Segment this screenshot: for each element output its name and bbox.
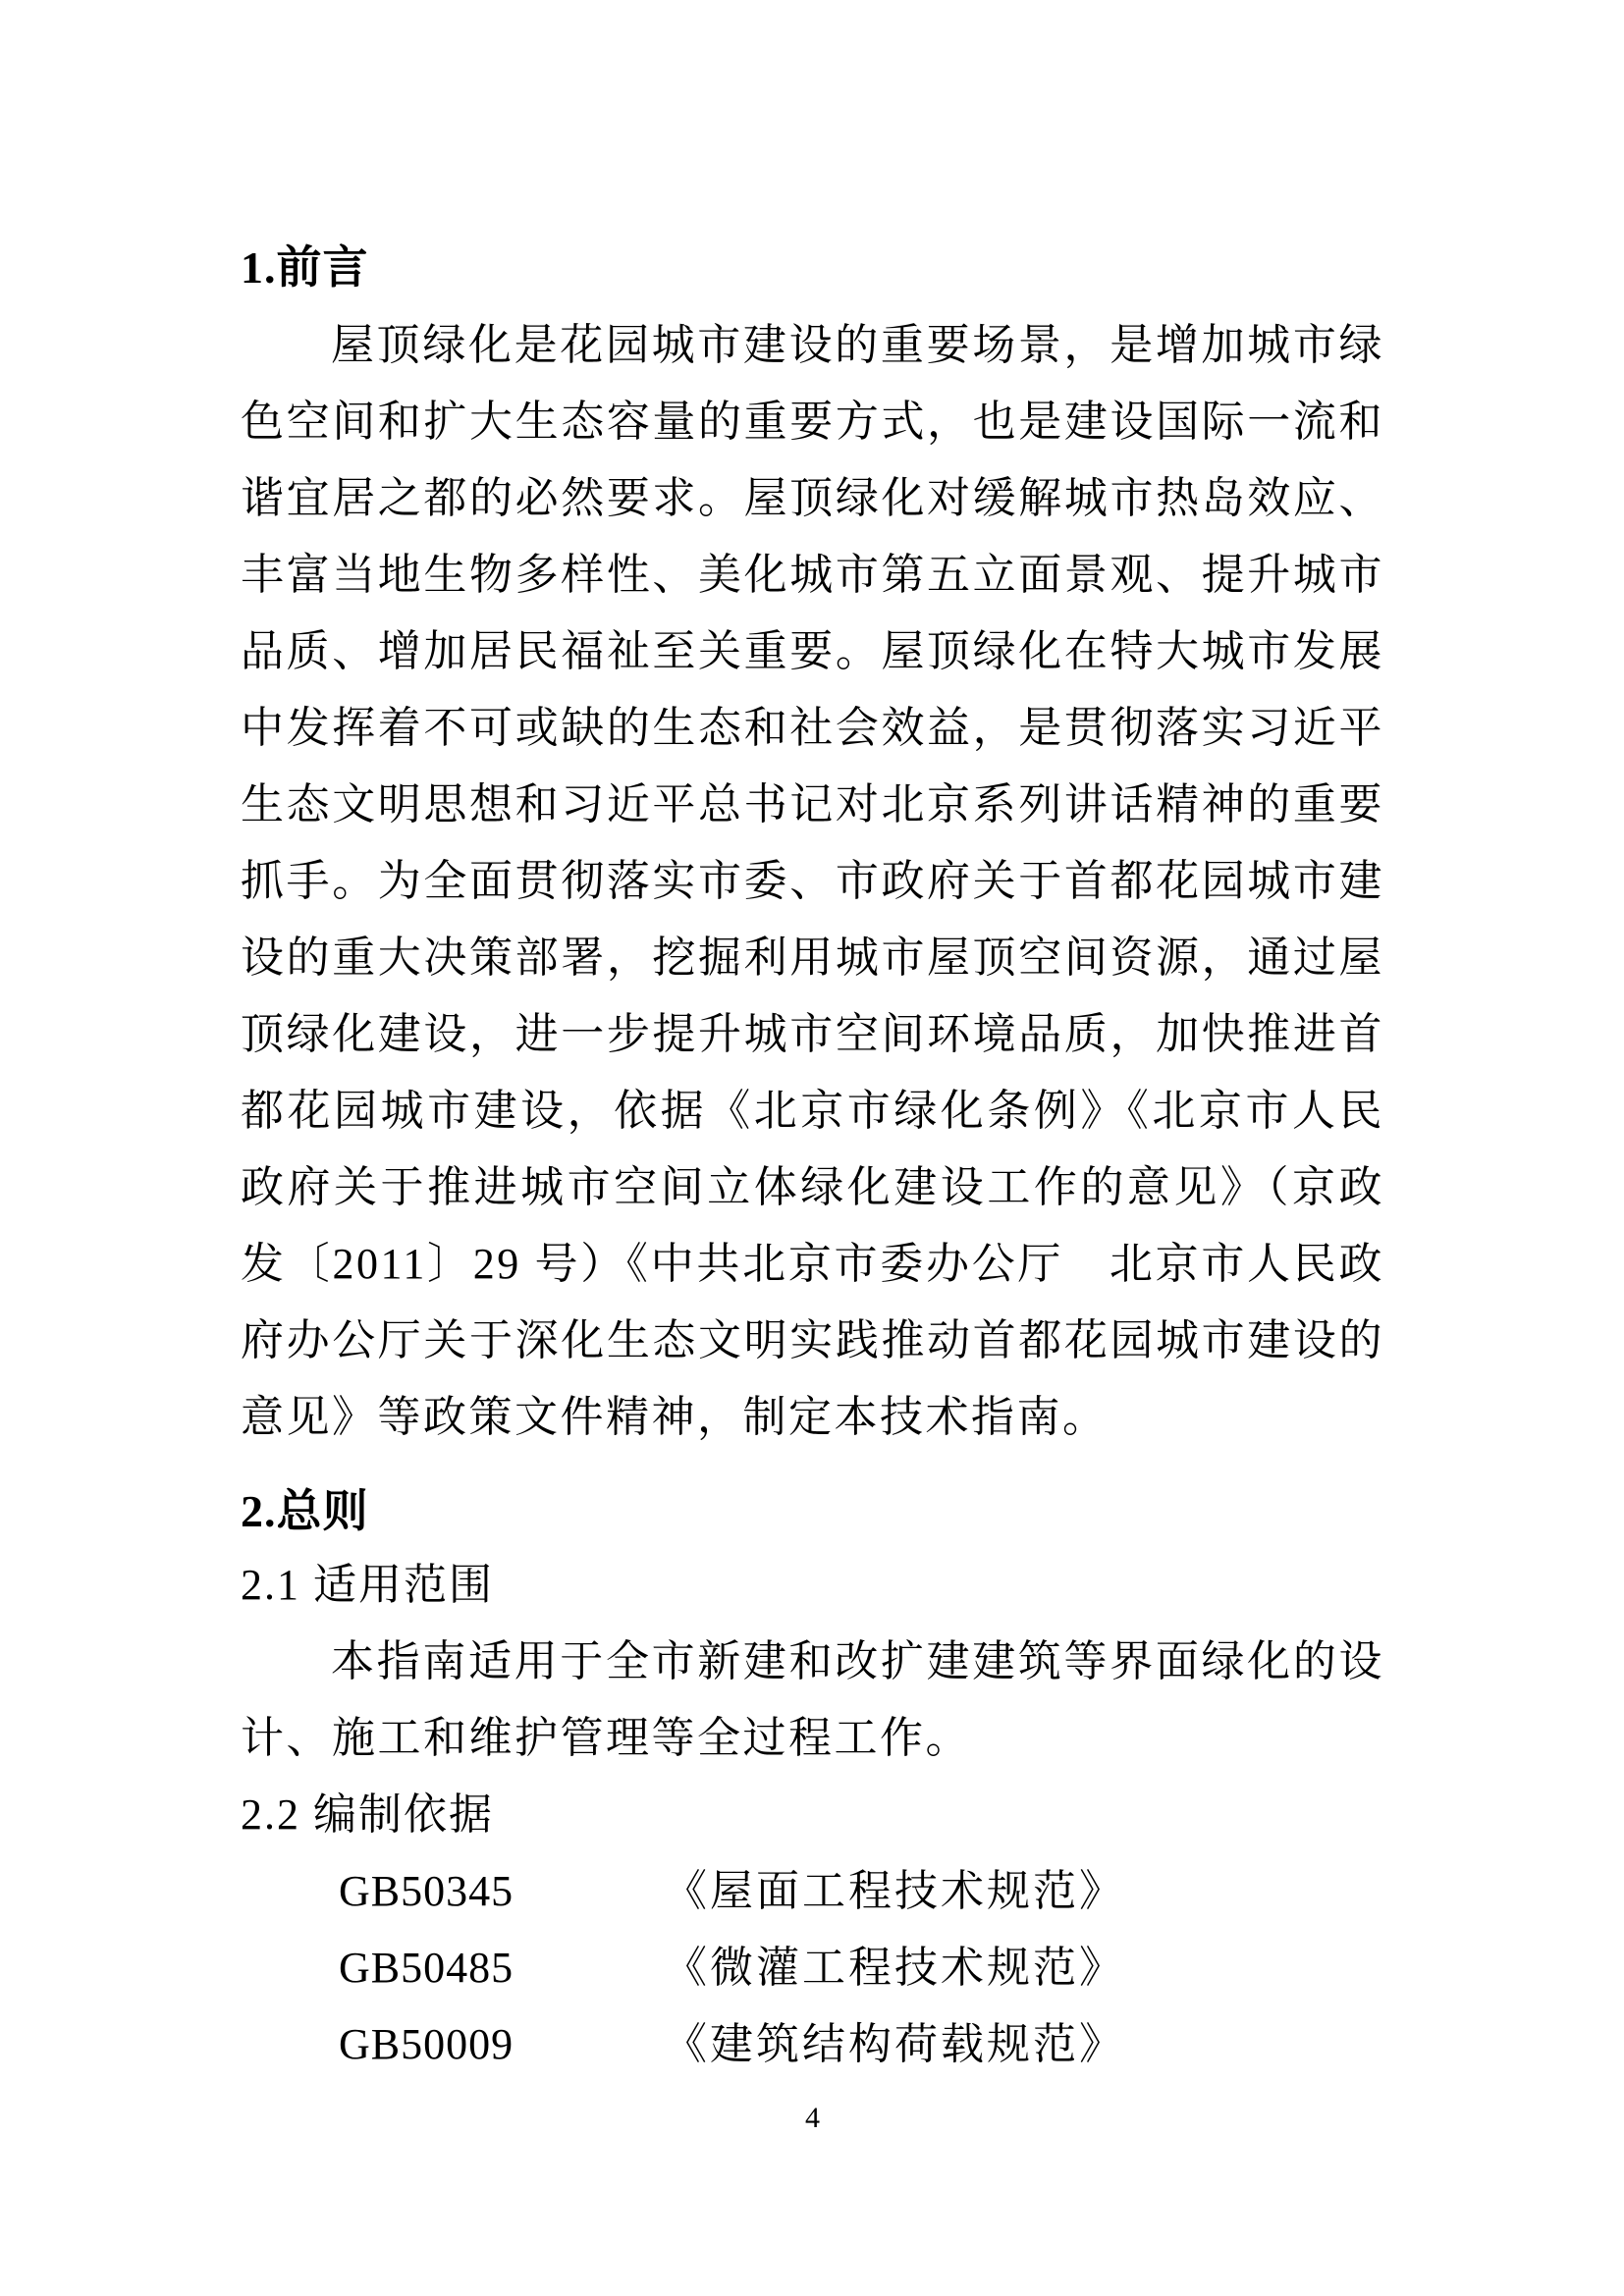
section-2-heading: 2.总则 <box>241 1481 1384 1542</box>
reference-row: GB50009《建筑结构荷载规范》 <box>241 2006 1384 2083</box>
reference-title: 《建筑结构荷载规范》 <box>664 2020 1125 2068</box>
page-number: 4 <box>805 2099 820 2138</box>
scope-paragraph: 本指南适用于全市新建和改扩建建筑等界面绿化的设计、施工和维护管理等全过程工作。 <box>241 1624 1384 1777</box>
document-page: 1.前言 屋顶绿化是花园城市建设的重要场景，是增加城市绿色空间和扩大生态容量的重… <box>0 0 1624 2296</box>
section-1-heading: 1.前言 <box>241 238 1384 298</box>
preface-paragraph: 屋顶绿化是花园城市建设的重要场景，是增加城市绿色空间和扩大生态容量的重要方式，也… <box>241 307 1384 1456</box>
reference-title: 《微灌工程技术规范》 <box>664 1944 1125 1992</box>
reference-row: GB50485《微灌工程技术规范》 <box>241 1930 1384 2006</box>
reference-code: GB50345 <box>339 1853 664 1930</box>
subsection-2-2-heading: 2.2 编制依据 <box>241 1777 1384 1853</box>
reference-row: GB50345《屋面工程技术规范》 <box>241 1853 1384 1930</box>
reference-code: GB50009 <box>339 2006 664 2083</box>
reference-code: GB50485 <box>339 1930 664 2006</box>
subsection-2-1-heading: 2.1 适用范围 <box>241 1547 1384 1624</box>
page-footer: 4 <box>241 2099 1384 2138</box>
reference-title: 《屋面工程技术规范》 <box>664 1867 1125 1915</box>
